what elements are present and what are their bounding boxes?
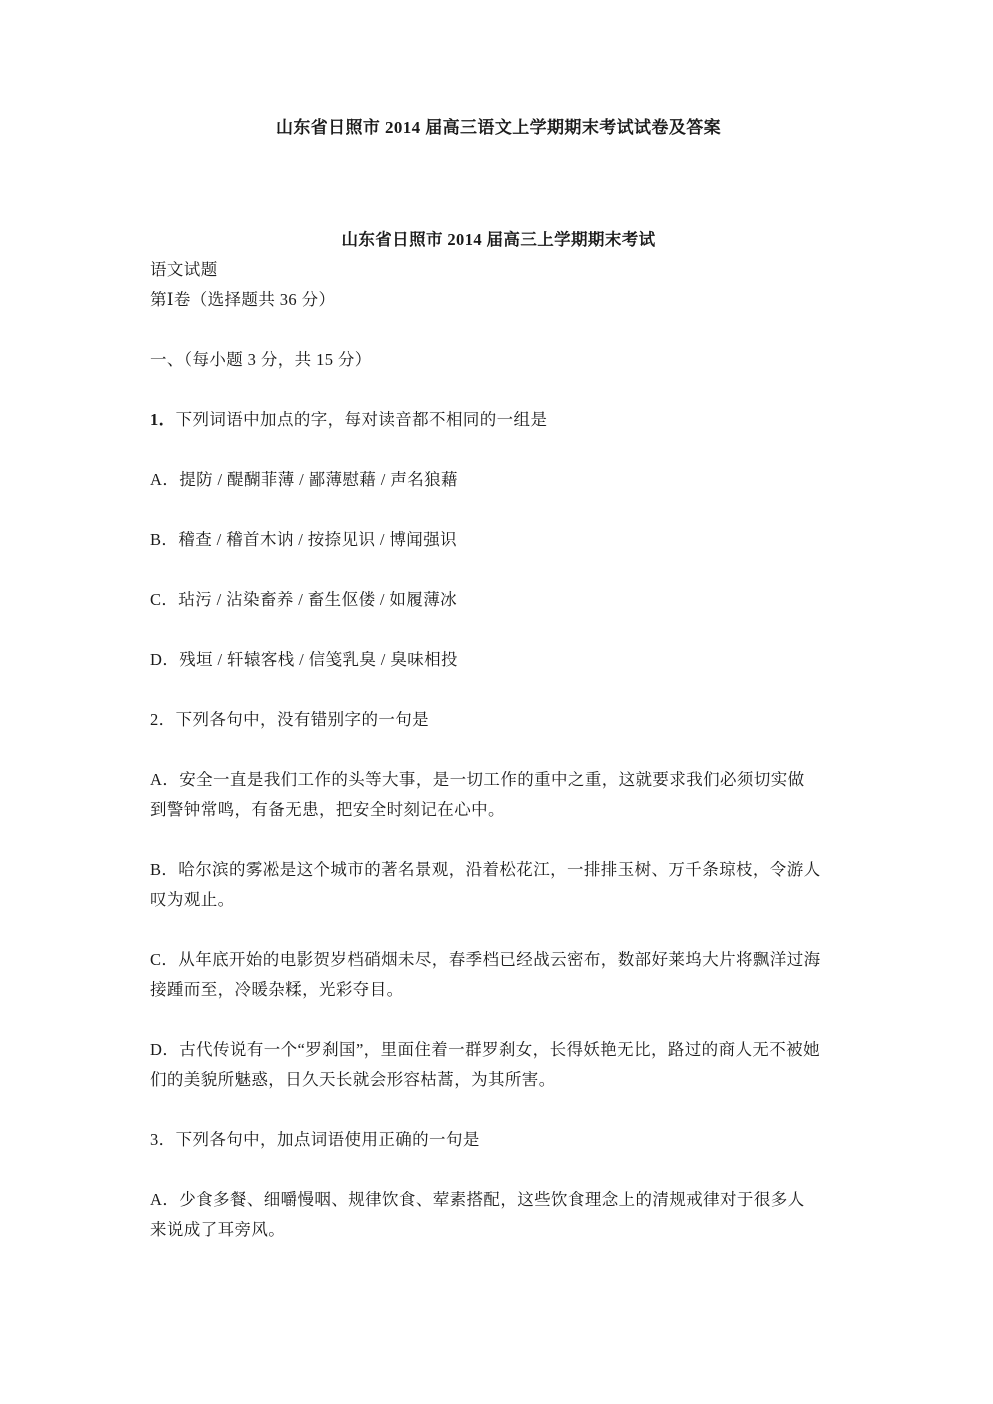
option-line: 来说成了耳旁风。 xyxy=(150,1215,847,1245)
page-title: 山东省日照市 2014 届高三语文上学期期末考试试卷及答案 xyxy=(150,117,847,139)
option-line: B．稽查 / 稽首木讷 / 按捺见识 / 博闻强识 xyxy=(150,525,847,555)
question-2-text: 下列各句中，没有错别字的一句是 xyxy=(176,710,430,729)
question-2-number: 2． xyxy=(150,710,176,729)
question-3-stem: 3．下列各句中，加点词语使用正确的一句是 xyxy=(150,1125,847,1155)
question-2-option-a: A．安全一直是我们工作的头等大事，是一切工作的重中之重，这就要求我们必须切实做 … xyxy=(150,765,847,825)
option-line: 接踵而至，冷暖杂糅，光彩夺目。 xyxy=(150,975,847,1005)
part-one-heading: 一、（每小题 3 分，共 15 分） xyxy=(150,345,847,375)
option-line: A．提防 / 醍醐菲薄 / 鄙薄慰藉 / 声名狼藉 xyxy=(150,465,847,495)
option-line: D．古代传说有一个“罗刹国”，里面住着一群罗刹女，长得妖艳无比，路过的商人无不被… xyxy=(150,1035,847,1065)
question-2-option-d: D．古代传说有一个“罗刹国”，里面住着一群罗刹女，长得妖艳无比，路过的商人无不被… xyxy=(150,1035,847,1095)
question-1-option-b: B．稽查 / 稽首木讷 / 按捺见识 / 博闻强识 xyxy=(150,525,847,555)
question-1-option-a: A．提防 / 醍醐菲薄 / 鄙薄慰藉 / 声名狼藉 xyxy=(150,465,847,495)
section-heading: 第Ⅰ卷（选择题共 36 分） xyxy=(150,285,847,315)
document-page: 山东省日照市 2014 届高三语文上学期期末考试试卷及答案 山东省日照市 201… xyxy=(0,0,993,1404)
option-line: 到警钟常鸣，有备无患，把安全时刻记在心中。 xyxy=(150,795,847,825)
question-1-option-c: C．玷污 / 沾染畜养 / 畜生伛偻 / 如履薄冰 xyxy=(150,585,847,615)
paper-name: 语文试题 xyxy=(150,255,847,285)
option-line: D．残垣 / 轩辕客栈 / 信笺乳臭 / 臭味相投 xyxy=(150,645,847,675)
option-line: A．少食多餐、细嚼慢咽、规律饮食、荤素搭配，这些饮食理念上的清规戒律对于很多人 xyxy=(150,1185,847,1215)
question-2-stem: 2．下列各句中，没有错别字的一句是 xyxy=(150,705,847,735)
question-1-option-d: D．残垣 / 轩辕客栈 / 信笺乳臭 / 臭味相投 xyxy=(150,645,847,675)
option-line: C．玷污 / 沾染畜养 / 畜生伛偻 / 如履薄冰 xyxy=(150,585,847,615)
exam-header: 山东省日照市 2014 届高三上学期期末考试 语文试题 第Ⅰ卷（选择题共 36 … xyxy=(150,225,847,315)
option-line: A．安全一直是我们工作的头等大事，是一切工作的重中之重，这就要求我们必须切实做 xyxy=(150,765,847,795)
option-line: C．从年底开始的电影贺岁档硝烟未尽，春季档已经战云密布，数部好莱坞大片将飘洋过海 xyxy=(150,945,847,975)
question-3-number: 3． xyxy=(150,1130,176,1149)
option-line: B．哈尔滨的雾凇是这个城市的著名景观，沿着松花江，一排排玉树、万千条琼枝，令游人 xyxy=(150,855,847,885)
option-line: 叹为观止。 xyxy=(150,885,847,915)
question-3-text: 下列各句中，加点词语使用正确的一句是 xyxy=(176,1130,480,1149)
option-line: 们的美貌所魅惑，日久天长就会形容枯蒿，为其所害。 xyxy=(150,1065,847,1095)
question-2-option-b: B．哈尔滨的雾凇是这个城市的著名景观，沿着松花江，一排排玉树、万千条琼枝，令游人… xyxy=(150,855,847,915)
question-1-text: 下列词语中加点的字，每对读音都不相同的一组是 xyxy=(176,410,548,429)
question-1-stem: 1．下列词语中加点的字，每对读音都不相同的一组是 xyxy=(150,405,847,435)
question-2-option-c: C．从年底开始的电影贺岁档硝烟未尽，春季档已经战云密布，数部好莱坞大片将飘洋过海… xyxy=(150,945,847,1005)
question-3-option-a: A．少食多餐、细嚼慢咽、规律饮食、荤素搭配，这些饮食理念上的清规戒律对于很多人 … xyxy=(150,1185,847,1245)
exam-title: 山东省日照市 2014 届高三上学期期末考试 xyxy=(150,225,847,255)
question-1-number: 1． xyxy=(150,410,176,429)
